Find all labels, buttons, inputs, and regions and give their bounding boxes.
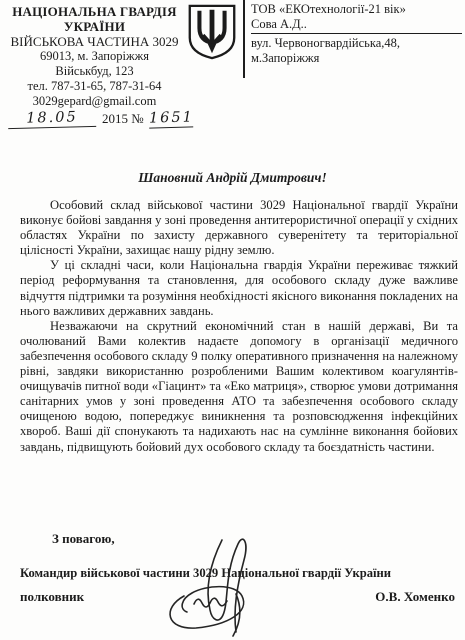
salutation: Шановний Андрій Дмитрович!: [0, 170, 465, 186]
sender-org-line2: УКРАЇНИ: [6, 19, 183, 34]
recipient-company: ТОВ «ЕКОтехнології-21 вік»: [251, 2, 462, 17]
sender-unit: ВІЙСЬКОВА ЧАСТИНА 3029: [6, 34, 183, 49]
sender-street: Військбуд, 123: [6, 64, 183, 79]
handwritten-ref-number: 1651: [148, 109, 192, 128]
letter-page: НАЦІОНАЛЬНА ГВАРДІЯ УКРАЇНИ ВІЙСЬКОВА ЧА…: [0, 0, 465, 640]
paragraph-2: У ці складні часи, коли Національна гвар…: [20, 258, 458, 318]
recipient-block: ТОВ «ЕКОтехнології-21 вік» Сова А.Д.. ву…: [251, 2, 462, 66]
sender-phones: тел. 787-31-65, 787-31-64: [6, 79, 183, 94]
header-divider: [243, 0, 245, 78]
recipient-person: Сова А.Д..: [251, 17, 462, 34]
sender-block: НАЦІОНАЛЬНА ГВАРДІЯ УКРАЇНИ ВІЙСЬКОВА ЧА…: [6, 4, 183, 109]
ukraine-trident-icon: [186, 3, 238, 61]
closing-phrase: З повагою,: [52, 531, 115, 547]
handwritten-date: 18.05: [8, 109, 96, 129]
sender-email: 3029gepard@gmail.com: [6, 94, 183, 109]
paragraph-3: Незважаючи на скрутний економічний стан …: [20, 319, 458, 455]
paragraph-1: Особовий склад військової частини 3029 Н…: [20, 198, 458, 258]
sender-org-line1: НАЦІОНАЛЬНА ГВАРДІЯ: [6, 4, 183, 19]
letter-body: Особовий склад військової частини 3029 Н…: [20, 198, 458, 455]
signer-rank: полковник: [20, 589, 84, 605]
year-number-label: 2015 №: [96, 111, 149, 128]
recipient-address: вул. Червоногвардійська,48, м.Запоріжжя: [251, 34, 462, 66]
sender-postcode-city: 69013, м. Запоріжжя: [6, 49, 183, 64]
handwritten-signature-icon: [150, 536, 300, 638]
signer-name: О.В. Хоменко: [375, 589, 455, 605]
date-reference-line: 18.05 2015 № 1651: [8, 110, 193, 128]
